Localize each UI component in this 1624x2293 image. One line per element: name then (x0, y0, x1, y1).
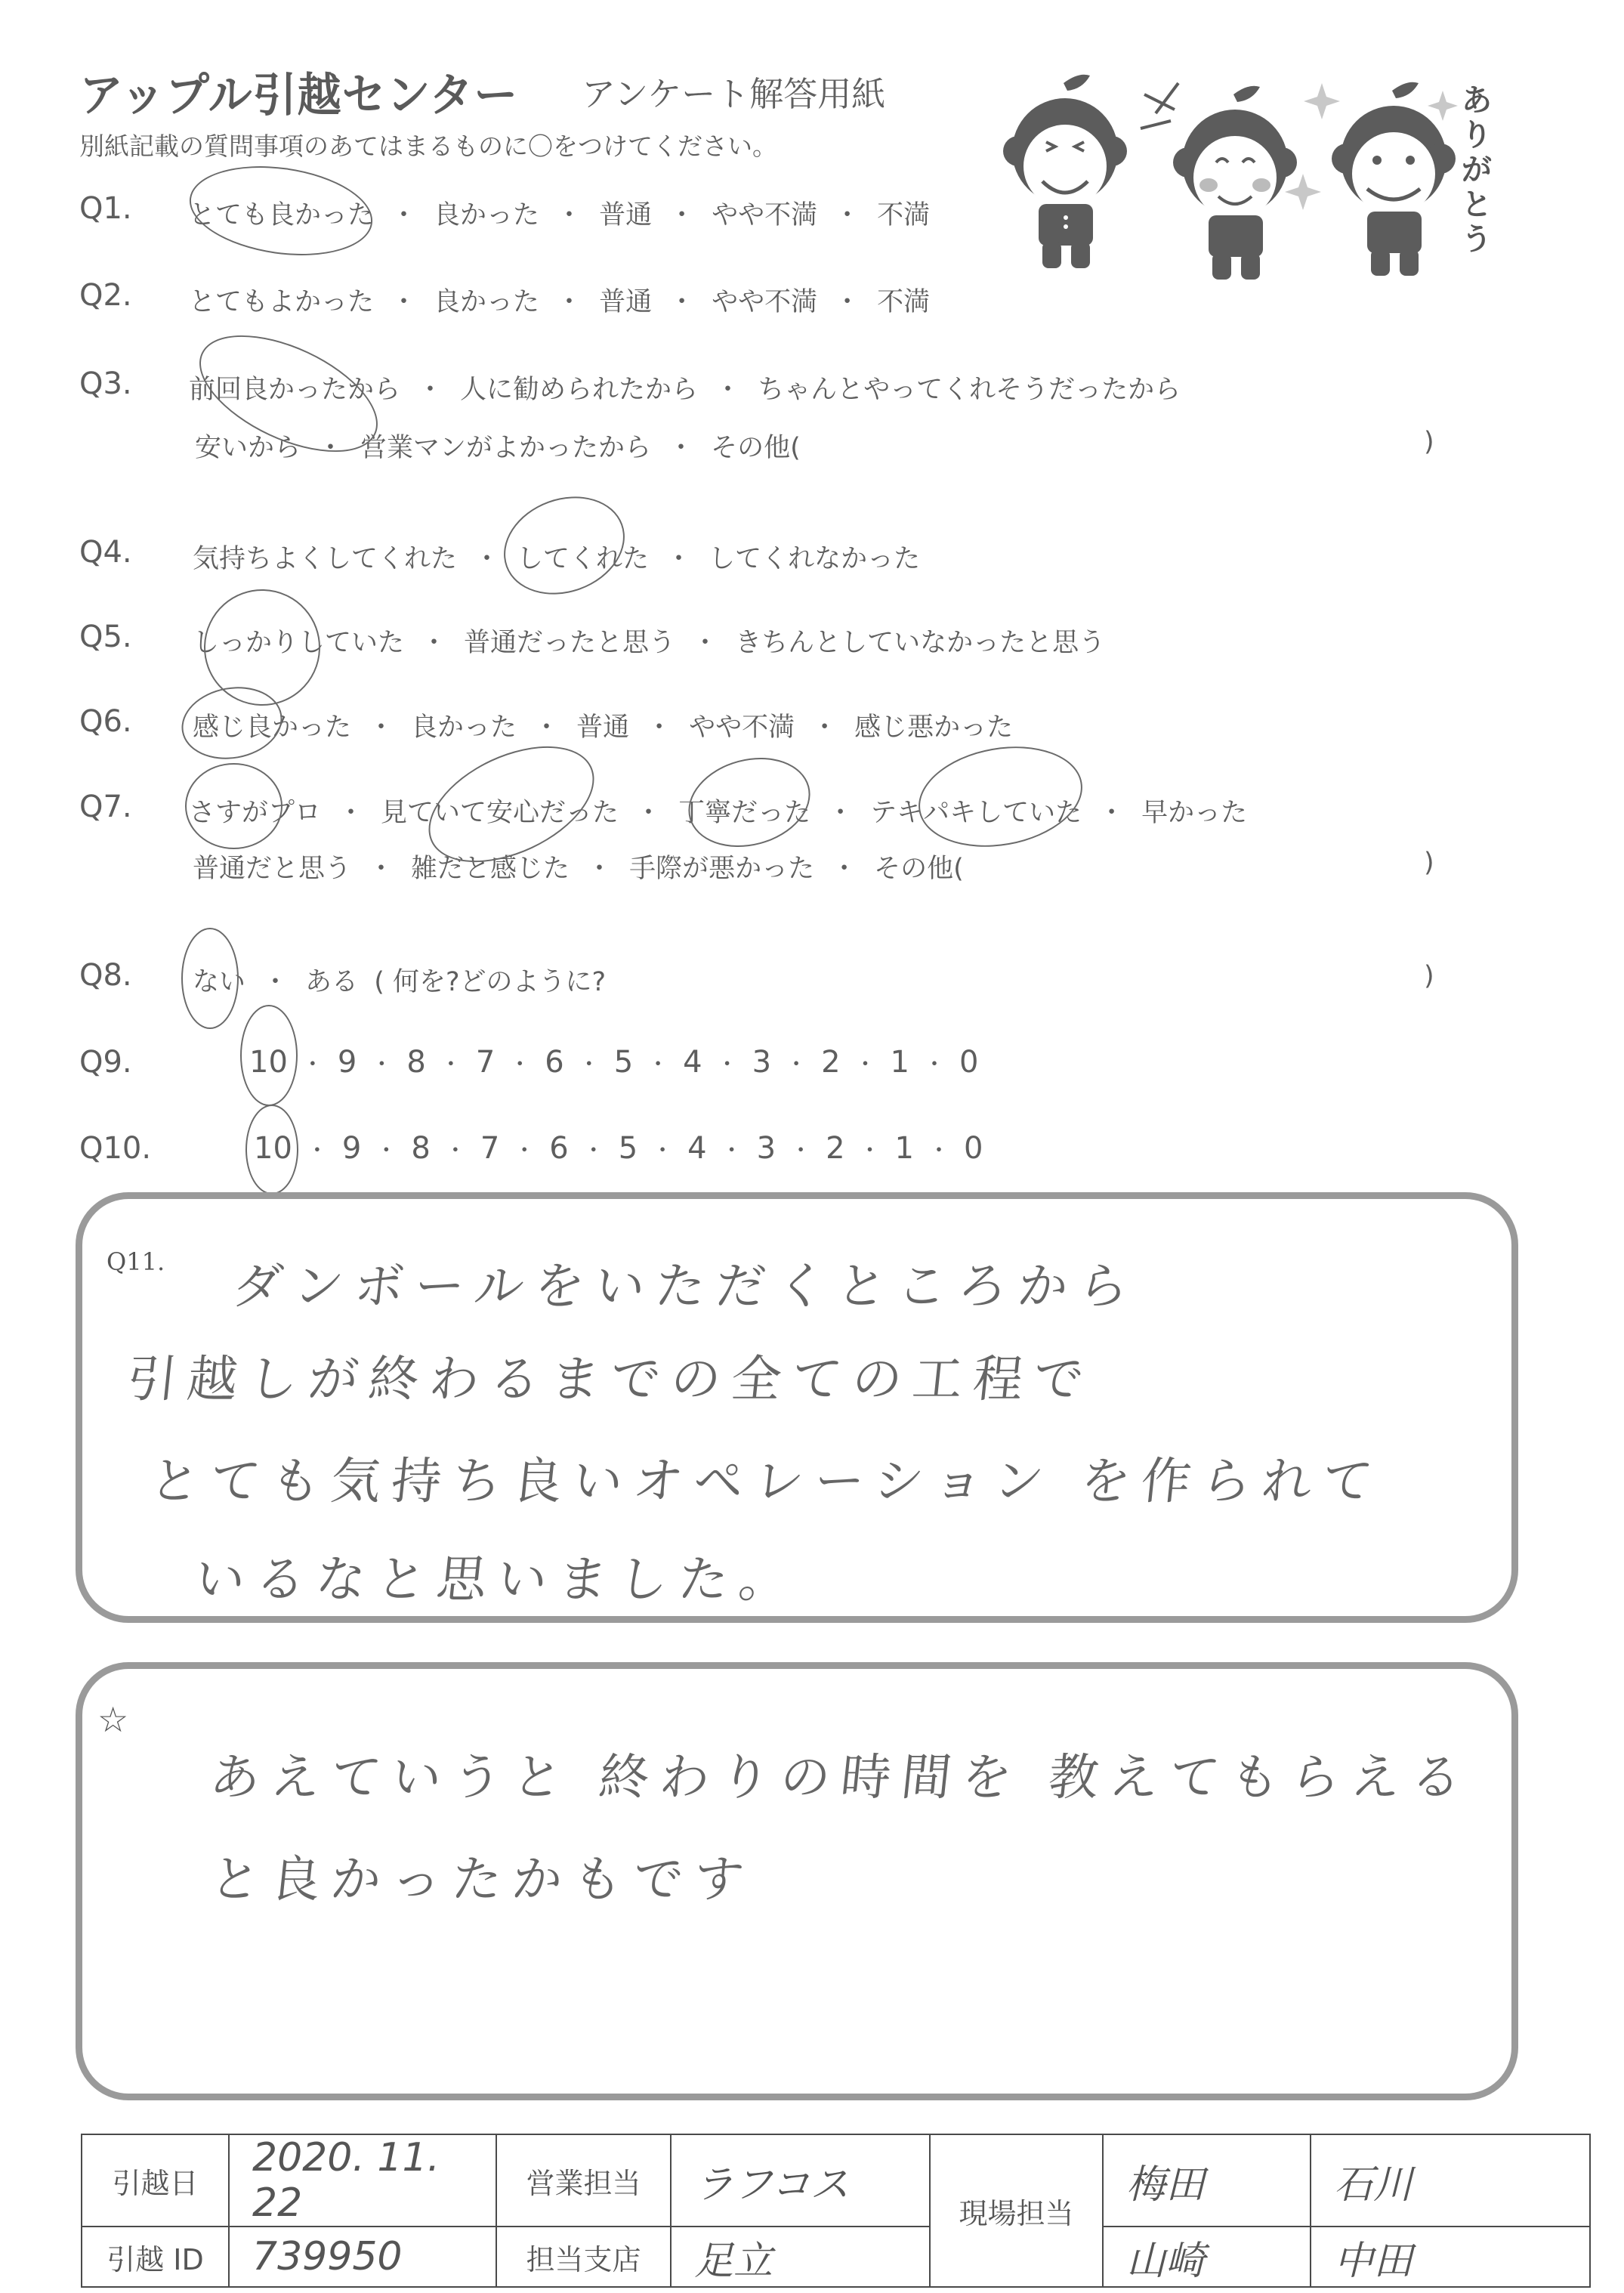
q7-close-paren: ) (1424, 848, 1434, 878)
q6-option-5[interactable]: 感じ悪かった (854, 712, 1013, 743)
q10-score-10[interactable]: 10 (254, 1131, 292, 1166)
q11-label: Q11. (107, 1247, 165, 1276)
branch-value[interactable]: 足立 (671, 2227, 930, 2287)
q3-options-line2: 安いから・営業マンがよかったから・その他( (195, 427, 801, 465)
form-title: アンケート解答用紙 (582, 66, 885, 116)
q3-option-3[interactable]: ちゃんとやってくれそうだったから (758, 375, 1181, 405)
q7-option-8[interactable]: 手際が悪かった (629, 854, 814, 884)
q6-option-4[interactable]: やや不満 (689, 712, 795, 743)
q9-score-4[interactable]: 4 (683, 1045, 702, 1080)
q6-option-1[interactable]: 感じ良かった (193, 712, 351, 743)
q9-score-7[interactable]: 7 (476, 1045, 495, 1080)
q6-options: 感じ良かった・良かった・普通・やや不満・感じ悪かった (193, 706, 1013, 744)
q11-handwritten-line-4: いるなと思いました。 (192, 1539, 804, 1611)
q7-option-5[interactable]: 早かった (1141, 798, 1247, 828)
q3-option-2[interactable]: 人に勧められたから (460, 375, 698, 405)
q7-option-1[interactable]: さすがプロ (189, 798, 321, 828)
site-staff-4[interactable]: 中田 (1311, 2227, 1590, 2287)
q6-option-2[interactable]: 良かった (411, 712, 517, 743)
q10-score-7[interactable]: 7 (480, 1131, 499, 1166)
site-staff-3[interactable]: 山崎 (1103, 2227, 1311, 2287)
q2-option-4[interactable]: やや不満 (712, 287, 817, 317)
q1-option-1[interactable]: とても良かった (189, 200, 374, 230)
q3-close-paren: ) (1424, 427, 1434, 457)
q5-label: Q5. (79, 620, 132, 654)
q10-score-1[interactable]: 1 (895, 1131, 914, 1166)
q1-label: Q1. (79, 191, 132, 226)
q4-option-1[interactable]: 気持ちよくしてくれた (193, 544, 457, 574)
q3-option-other[interactable]: その他( (711, 433, 801, 463)
q5-option-2[interactable]: 普通だったと思う (464, 628, 675, 658)
q9-score-9[interactable]: 9 (338, 1045, 357, 1080)
q1-option-3[interactable]: 普通 (599, 200, 652, 230)
q9-score-8[interactable]: 8 (406, 1045, 425, 1080)
monkey-icon (1003, 75, 1127, 268)
q2-option-5[interactable]: 不満 (877, 287, 930, 317)
q4-label: Q4. (79, 535, 132, 570)
site-staff-1[interactable]: 梅田 (1103, 2134, 1311, 2227)
move-date-value[interactable]: 2020. 11. 22 (229, 2134, 496, 2227)
q9-score-2[interactable]: 2 (821, 1045, 840, 1080)
q7-option-3[interactable]: 丁寧だった (678, 798, 810, 828)
q10-score-9[interactable]: 9 (342, 1131, 361, 1166)
mascot-illustration (990, 60, 1511, 280)
q5-option-3[interactable]: きちんとしていなかったと思う (735, 628, 1105, 658)
q11-answer-box[interactable]: Q11. ダンボールをいただくところから 引越しが終わるまでの全ての工程で とて… (76, 1192, 1518, 1623)
q10-score-2[interactable]: 2 (826, 1131, 844, 1166)
q6-label: Q6. (79, 704, 132, 739)
q5-options: しっかりしていた・普通だったと思う・きちんとしていなかったと思う (193, 622, 1105, 660)
q2-options: とてもよかった・良かった・普通・やや不満・不満 (189, 281, 930, 319)
q7-option-2[interactable]: 見ていて安心だった (381, 798, 619, 828)
mascot-caption: ありがとう (1462, 83, 1499, 257)
q8-label: Q8. (79, 958, 132, 993)
q8-option-none[interactable]: ない (193, 967, 245, 997)
q1-option-4[interactable]: やや不満 (712, 200, 817, 230)
q3-option-1[interactable]: 前回良かったから (189, 375, 400, 405)
q3-option-5[interactable]: 営業マンがよかったから (360, 433, 651, 463)
q4-options: 気持ちよくしてくれた・してくれた・してくれなかった (193, 538, 920, 576)
q1-option-2[interactable]: 良かった (434, 200, 539, 230)
q9-score-5[interactable]: 5 (614, 1045, 633, 1080)
q10-score-3[interactable]: 3 (757, 1131, 776, 1166)
q7-options-line2: 普通だと思う・雑だと感じた・手際が悪かった・その他( (193, 848, 964, 885)
q8-close-paren: ) (1424, 961, 1434, 991)
q10-score-4[interactable]: 4 (687, 1131, 706, 1166)
move-id-label: 引越 ID (82, 2227, 229, 2287)
sales-rep-label: 営業担当 (496, 2134, 671, 2227)
q9-score-3[interactable]: 3 (752, 1045, 771, 1080)
q10-scale: 10・9・8・7・6・5・4・3・2・1・0 (254, 1131, 983, 1166)
q9-score-10[interactable]: 10 (249, 1045, 288, 1080)
star-icon: ☆ (97, 1699, 128, 1740)
company-name: アップル引越センター (79, 57, 518, 124)
q7-option-4[interactable]: テキパキしていた (870, 798, 1082, 828)
q10-score-5[interactable]: 5 (619, 1131, 638, 1166)
q9-score-0[interactable]: 0 (959, 1045, 978, 1080)
q9-score-6[interactable]: 6 (545, 1045, 563, 1080)
q7-options-line1: さすがプロ・見ていて安心だった・丁寧だった・テキパキしていた・早かった (189, 792, 1247, 830)
comment-handwritten-line-2: と良かったかもです (207, 1839, 758, 1911)
q2-label: Q2. (79, 278, 132, 313)
q10-label: Q10. (79, 1131, 151, 1166)
q2-option-1[interactable]: とてもよかった (189, 287, 374, 317)
move-id-value[interactable]: 739950 (229, 2227, 496, 2287)
q4-option-2[interactable]: してくれた (517, 544, 649, 574)
q11-handwritten-line-1: ダンボールをいただくところから (230, 1246, 1143, 1318)
q10-score-0[interactable]: 0 (964, 1131, 983, 1166)
q7-option-7[interactable]: 雑だと感じた (411, 854, 570, 884)
q9-scale: 10・9・8・7・6・5・4・3・2・1・0 (249, 1045, 978, 1080)
q8-option-yes[interactable]: ある (305, 967, 358, 997)
comment-handwritten-line-1: あえていうと 終わりの時間を 教えてもらえる (207, 1737, 1476, 1809)
q5-option-1[interactable]: しっかりしていた (193, 628, 404, 658)
move-date-label: 引越日 (82, 2134, 229, 2227)
q7-option-other[interactable]: その他( (874, 854, 964, 884)
q7-label: Q7. (79, 790, 132, 824)
q10-score-6[interactable]: 6 (549, 1131, 568, 1166)
site-staff-label: 現場担当 (930, 2134, 1103, 2287)
sales-rep-value[interactable]: ラフコス (671, 2134, 930, 2227)
q4-option-3[interactable]: してくれなかった (709, 544, 920, 574)
instruction-text: 別紙記載の質問事項のあてはまるものに〇をつけてください。 (79, 127, 777, 162)
q8-options: ない・ある ( 何を?どのように? (193, 961, 606, 999)
q9-score-1[interactable]: 1 (891, 1045, 909, 1080)
q8-followup-prompt: ( 何を?どのように? (374, 967, 606, 997)
q2-option-3[interactable]: 普通 (599, 287, 652, 317)
site-staff-2[interactable]: 石川 (1311, 2134, 1590, 2227)
q9-label: Q9. (79, 1045, 132, 1080)
q10-score-8[interactable]: 8 (411, 1131, 430, 1166)
branch-label: 担当支店 (496, 2227, 671, 2287)
q1-option-5[interactable]: 不満 (877, 200, 930, 230)
comment-answer-box[interactable]: ☆ あえていうと 終わりの時間を 教えてもらえる と良かったかもです (76, 1662, 1518, 2100)
q11-handwritten-line-2: 引越しが終わるまでの全ての工程で (124, 1339, 1098, 1411)
q3-options-line1: 前回良かったから・人に勧められたから・ちゃんとやってくれそうだったから (189, 369, 1181, 406)
move-info-table: 引越日 2020. 11. 22 営業担当 ラフコス 現場担当 梅田 石川 引越… (81, 2134, 1591, 2288)
q3-label: Q3. (79, 366, 132, 401)
q3-option-4[interactable]: 安いから (195, 433, 301, 463)
q2-option-2[interactable]: 良かった (434, 287, 539, 317)
q6-option-3[interactable]: 普通 (576, 712, 629, 743)
q1-options: とても良かった・良かった・普通・やや不満・不満 (189, 194, 930, 232)
q7-option-6[interactable]: 普通だと思う (193, 854, 351, 884)
q11-handwritten-line-3: とても気持ち良いオペレーション を作られて (147, 1441, 1387, 1513)
